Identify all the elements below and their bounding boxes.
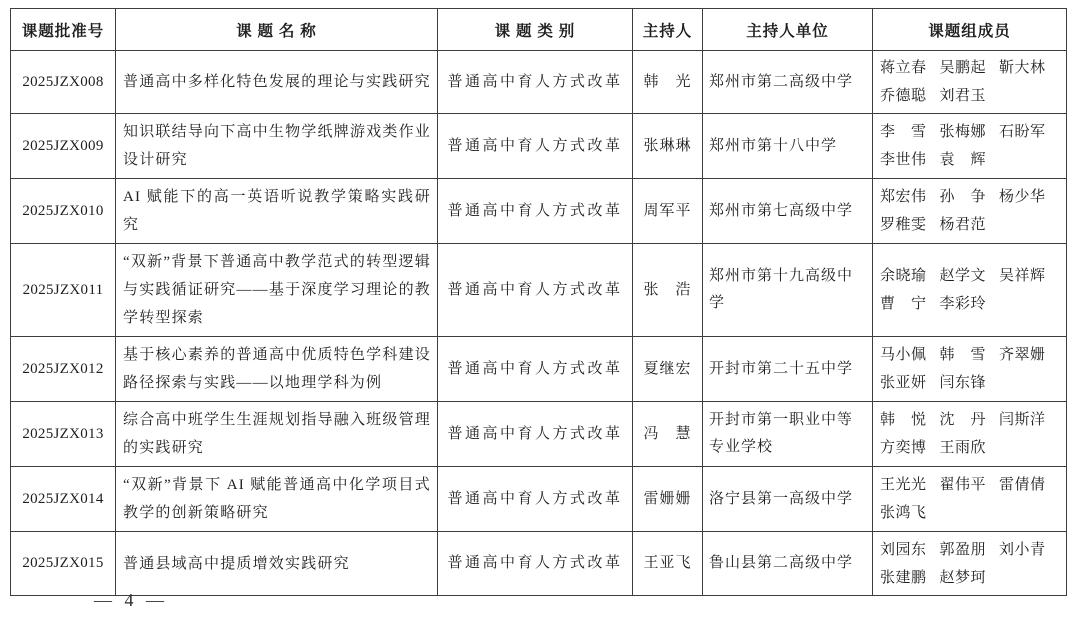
cell-project-title: 综合高中班学生生涯规划指导融入班级管理的实践研究	[116, 402, 438, 467]
member-name: 吴祥辉	[999, 262, 1046, 290]
member-name: 赵梦珂	[940, 564, 987, 592]
member-name: 齐翠姗	[999, 341, 1046, 369]
member-name: 张亚妍	[880, 369, 927, 397]
cell-project-title: “双新”背景下普通高中教学范式的转型逻辑与实践循证研究——基于深度学习理论的教学…	[116, 244, 438, 337]
table-row: 2025JZX008 普通高中多样化特色发展的理论与实践研究 普通高中育人方式改…	[11, 51, 1067, 114]
table-row: 2025JZX013 综合高中班学生生涯规划指导融入班级管理的实践研究 普通高中…	[11, 402, 1067, 467]
cell-project-title: 基于核心素养的普通高中优质特色学科建设路径探索与实践——以地理学科为例	[116, 337, 438, 402]
cell-category: 普通高中育人方式改革	[438, 467, 633, 532]
col-header-members: 课题组成员	[873, 9, 1067, 51]
cell-category: 普通高中育人方式改革	[438, 532, 633, 596]
col-header-leader-unit: 主持人单位	[703, 9, 873, 51]
cell-members: 刘园东郭盈朋刘小青张建鹏赵梦珂	[873, 532, 1067, 596]
member-name: 蒋立春	[880, 54, 927, 82]
cell-leader: 雷姗姗	[633, 467, 703, 532]
member-name: 翟伟平	[940, 471, 987, 499]
page-number: — 4 —	[94, 590, 168, 611]
cell-approval-no: 2025JZX011	[11, 244, 116, 337]
member-name: 郭盈朋	[940, 536, 987, 564]
cell-leader-unit: 鲁山县第二高级中学	[703, 532, 873, 596]
cell-approval-no: 2025JZX012	[11, 337, 116, 402]
cell-leader: 周军平	[633, 179, 703, 244]
cell-members: 余晓瑜赵学文吴祥辉曹 宁李彩玲	[873, 244, 1067, 337]
cell-leader-unit: 开封市第二十五中学	[703, 337, 873, 402]
cell-project-title: 普通高中多样化特色发展的理论与实践研究	[116, 51, 438, 114]
cell-leader: 夏继宏	[633, 337, 703, 402]
member-name: 郑宏伟	[880, 183, 927, 211]
cell-category: 普通高中育人方式改革	[438, 402, 633, 467]
cell-leader-unit: 开封市第一职业中等专业学校	[703, 402, 873, 467]
member-name: 王光光	[880, 471, 927, 499]
cell-leader-unit: 洛宁县第一高级中学	[703, 467, 873, 532]
cell-category: 普通高中育人方式改革	[438, 114, 633, 179]
member-name: 张建鹏	[880, 564, 927, 592]
member-name: 罗稚雯	[880, 211, 927, 239]
cell-approval-no: 2025JZX009	[11, 114, 116, 179]
member-name: 袁 辉	[940, 146, 987, 174]
member-name: 刘园东	[880, 536, 927, 564]
member-name: 石盼军	[999, 118, 1046, 146]
member-name: 张鸿飞	[880, 499, 927, 527]
table-row: 2025JZX015 普通县域高中提质增效实践研究 普通高中育人方式改革 王亚飞…	[11, 532, 1067, 596]
member-name: 韩 雪	[940, 341, 987, 369]
cell-approval-no: 2025JZX015	[11, 532, 116, 596]
cell-leader: 冯 慧	[633, 402, 703, 467]
member-name: 闫东锋	[940, 369, 987, 397]
cell-leader-unit: 郑州市第十九高级中学	[703, 244, 873, 337]
table-row: 2025JZX014 “双新”背景下 AI 赋能普通高中化学项目式教学的创新策略…	[11, 467, 1067, 532]
member-name: 乔德聪	[880, 82, 927, 110]
cell-category: 普通高中育人方式改革	[438, 337, 633, 402]
cell-project-title: 知识联结导向下高中生物学纸牌游戏类作业设计研究	[116, 114, 438, 179]
cell-leader-unit: 郑州市第二高级中学	[703, 51, 873, 114]
cell-leader: 韩 光	[633, 51, 703, 114]
table-row: 2025JZX011 “双新”背景下普通高中教学范式的转型逻辑与实践循证研究——…	[11, 244, 1067, 337]
cell-members: 王光光翟伟平雷倩倩张鸿飞	[873, 467, 1067, 532]
cell-approval-no: 2025JZX013	[11, 402, 116, 467]
member-name: 杨少华	[999, 183, 1046, 211]
member-name: 王雨欣	[940, 434, 987, 462]
cell-category: 普通高中育人方式改革	[438, 179, 633, 244]
cell-approval-no: 2025JZX014	[11, 467, 116, 532]
cell-members: 李 雪张梅娜石盼军李世伟袁 辉	[873, 114, 1067, 179]
cell-members: 马小佩韩 雪齐翠姗张亚妍闫东锋	[873, 337, 1067, 402]
cell-leader: 张琳琳	[633, 114, 703, 179]
table-row: 2025JZX010 AI 赋能下的高一英语听说教学策略实践研究 普通高中育人方…	[11, 179, 1067, 244]
col-header-category: 课 题 类 别	[438, 9, 633, 51]
member-name: 刘小青	[999, 536, 1046, 564]
member-name: 杨君范	[940, 211, 987, 239]
cell-project-title: “双新”背景下 AI 赋能普通高中化学项目式教学的创新策略研究	[116, 467, 438, 532]
member-name: 闫斯洋	[999, 406, 1046, 434]
member-name: 马小佩	[880, 341, 927, 369]
header-row: 课题批准号 课 题 名 称 课 题 类 别 主持人 主持人单位 课题组成员	[11, 9, 1067, 51]
member-name: 赵学文	[940, 262, 987, 290]
member-name: 李世伟	[880, 146, 927, 174]
member-name: 孙 争	[940, 183, 987, 211]
projects-table: 课题批准号 课 题 名 称 课 题 类 别 主持人 主持人单位 课题组成员 20…	[10, 8, 1067, 596]
document-page: 课题批准号 课 题 名 称 课 题 类 别 主持人 主持人单位 课题组成员 20…	[0, 0, 1080, 643]
member-name: 张梅娜	[940, 118, 987, 146]
cell-approval-no: 2025JZX008	[11, 51, 116, 114]
member-name: 吴鹏起	[940, 54, 987, 82]
member-name: 李 雪	[880, 118, 927, 146]
cell-members: 韩 悦沈 丹闫斯洋方奕博王雨欣	[873, 402, 1067, 467]
cell-members: 郑宏伟孙 争杨少华罗稚雯杨君范	[873, 179, 1067, 244]
cell-project-title: AI 赋能下的高一英语听说教学策略实践研究	[116, 179, 438, 244]
col-header-project-title: 课 题 名 称	[116, 9, 438, 51]
member-name: 靳大林	[999, 54, 1046, 82]
cell-leader-unit: 郑州市第十八中学	[703, 114, 873, 179]
cell-project-title: 普通县域高中提质增效实践研究	[116, 532, 438, 596]
member-name: 刘君玉	[940, 82, 987, 110]
cell-leader-unit: 郑州市第七高级中学	[703, 179, 873, 244]
cell-category: 普通高中育人方式改革	[438, 244, 633, 337]
cell-leader: 王亚飞	[633, 532, 703, 596]
member-name: 余晓瑜	[880, 262, 927, 290]
table-row: 2025JZX009 知识联结导向下高中生物学纸牌游戏类作业设计研究 普通高中育…	[11, 114, 1067, 179]
col-header-approval-no: 课题批准号	[11, 9, 116, 51]
member-name: 沈 丹	[940, 406, 987, 434]
table-row: 2025JZX012 基于核心素养的普通高中优质特色学科建设路径探索与实践——以…	[11, 337, 1067, 402]
member-name: 方奕博	[880, 434, 927, 462]
cell-category: 普通高中育人方式改革	[438, 51, 633, 114]
cell-members: 蒋立春吴鹏起靳大林乔德聪刘君玉	[873, 51, 1067, 114]
member-name: 雷倩倩	[999, 471, 1046, 499]
member-name: 曹 宁	[880, 290, 927, 318]
cell-leader: 张 浩	[633, 244, 703, 337]
member-name: 韩 悦	[880, 406, 927, 434]
col-header-leader: 主持人	[633, 9, 703, 51]
member-name: 李彩玲	[940, 290, 987, 318]
table-body: 2025JZX008 普通高中多样化特色发展的理论与实践研究 普通高中育人方式改…	[11, 51, 1067, 596]
cell-approval-no: 2025JZX010	[11, 179, 116, 244]
